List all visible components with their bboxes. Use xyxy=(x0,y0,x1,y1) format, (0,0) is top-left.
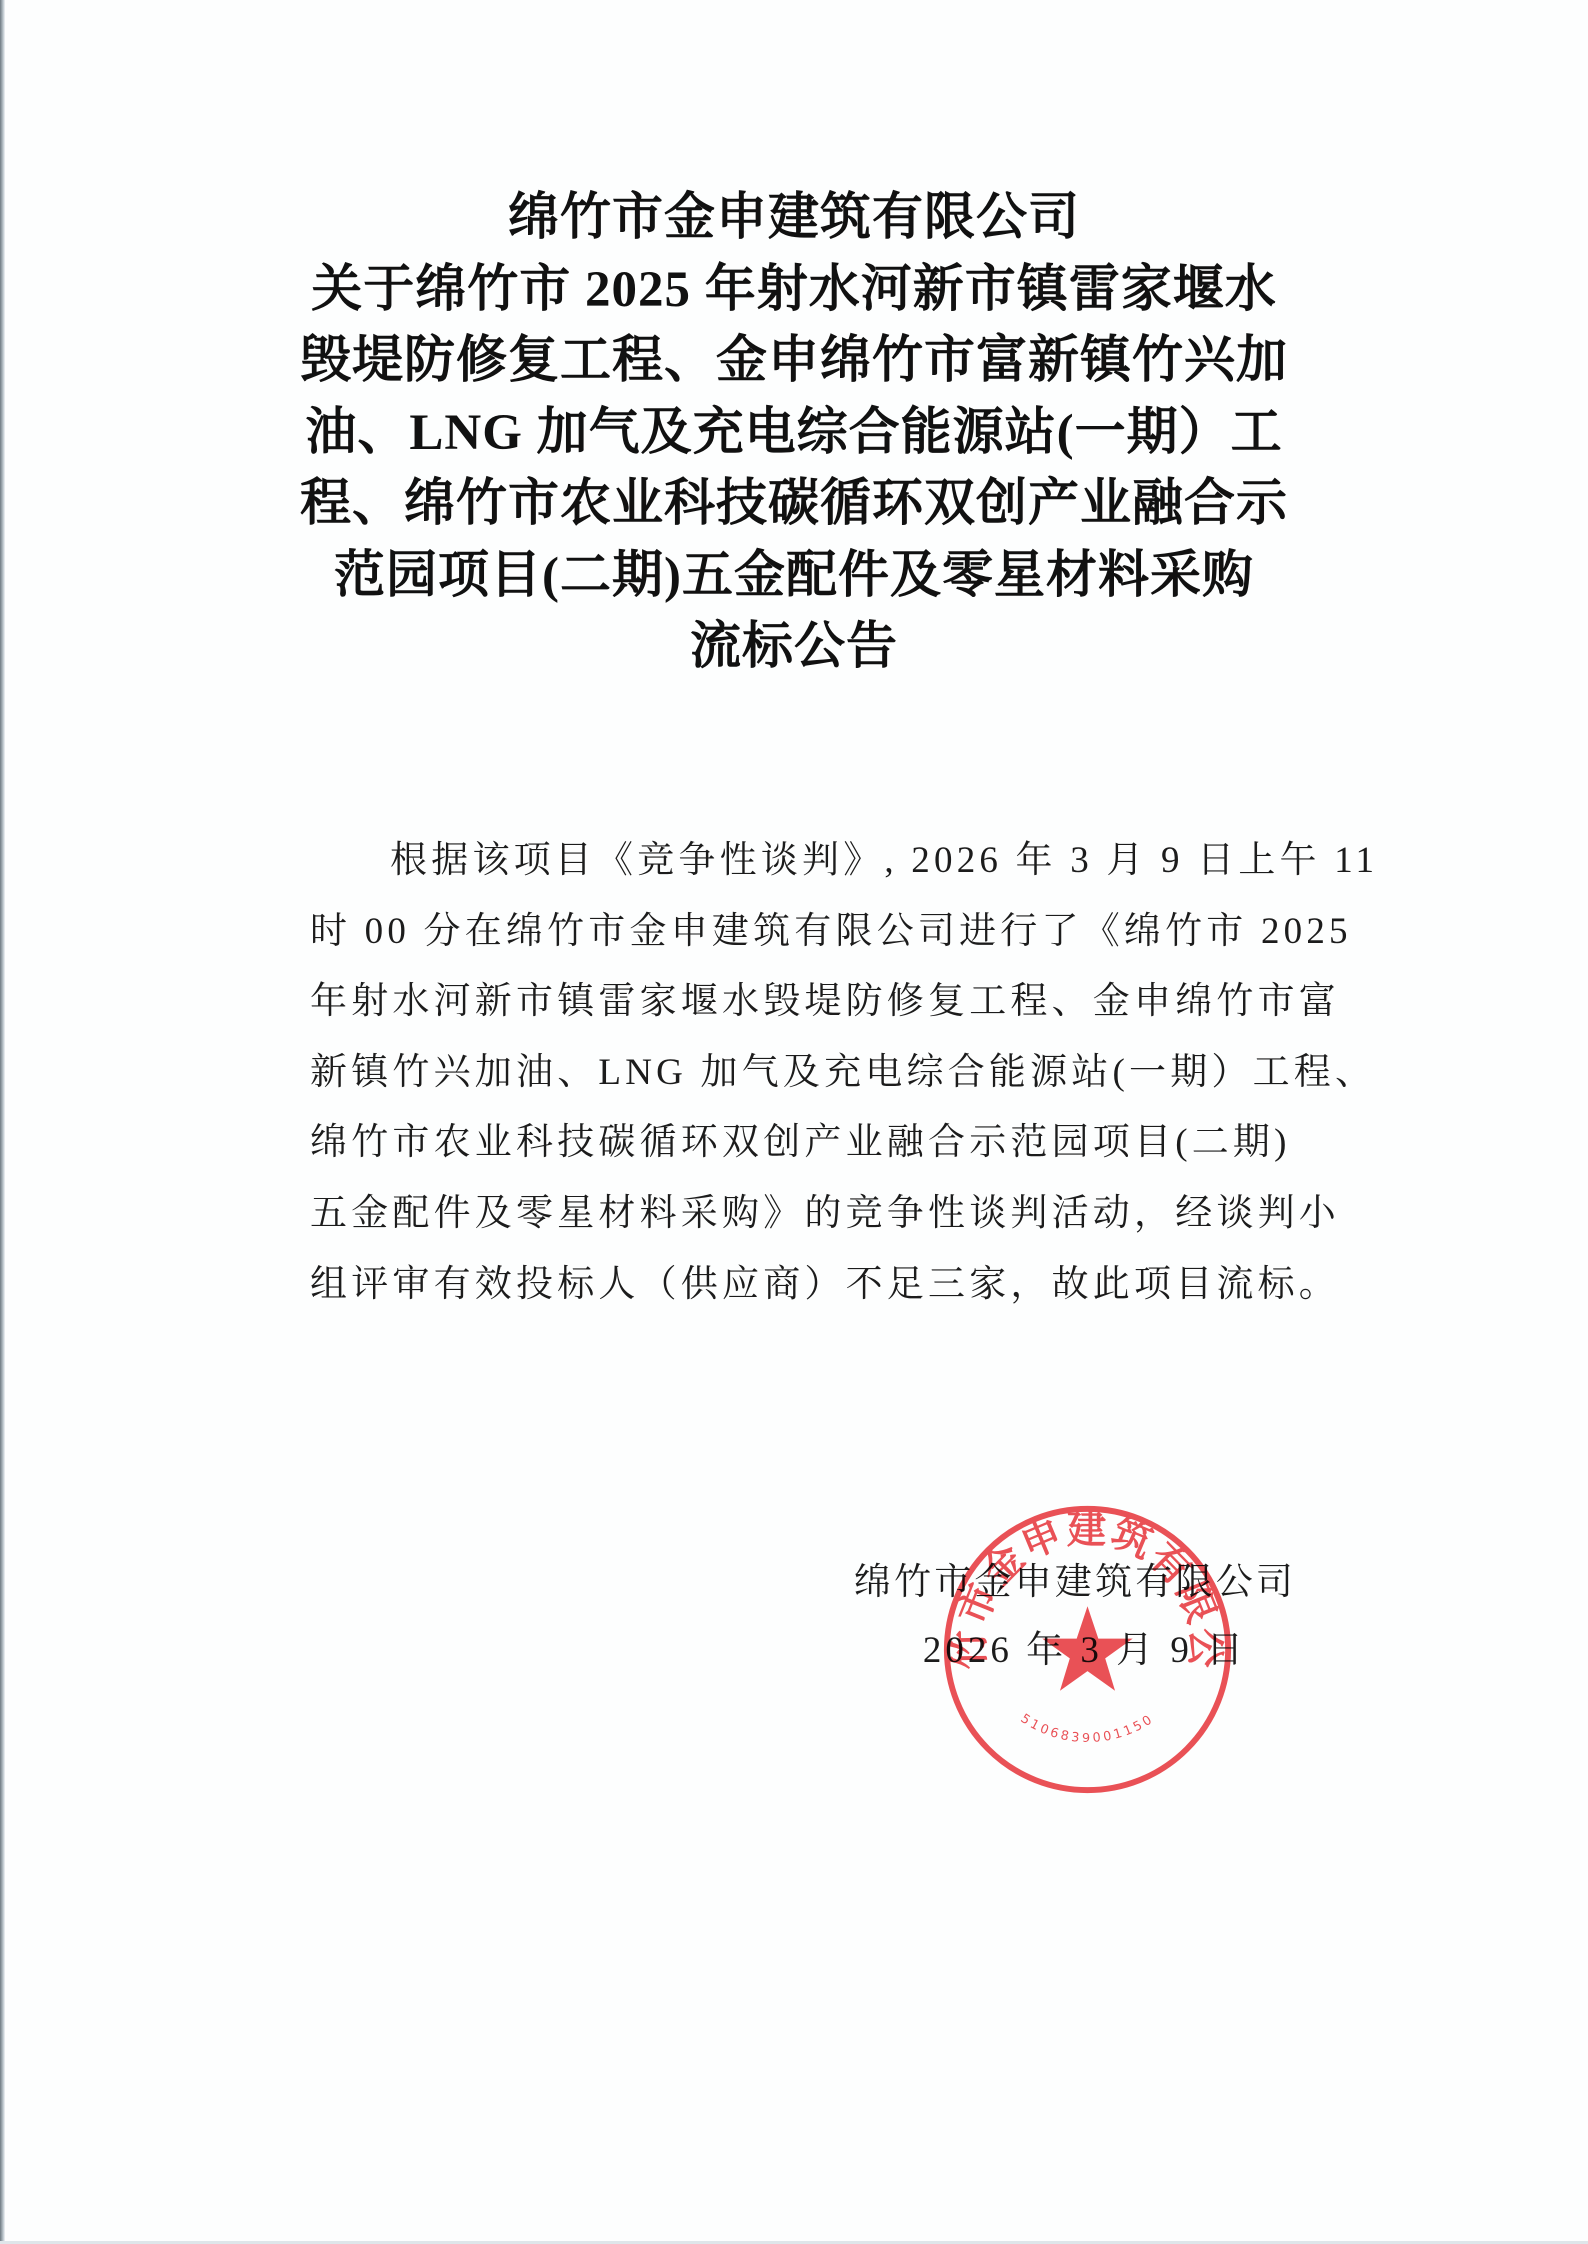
title-line: 流标公告 xyxy=(0,612,1588,684)
document-title: 绵竹市金申建筑有限公司 关于绵竹市 2025 年射水河新市镇雷家堰水 毁堤防修复… xyxy=(0,183,1588,684)
announcement-body: 根据该项目《竞争性谈判》, 2026 年 3 月 9 日上午 11 时 00 分… xyxy=(310,826,1340,1320)
body-line: 根据该项目《竞争性谈判》, 2026 年 3 月 9 日上午 11 xyxy=(310,826,1340,897)
body-line: 五金配件及零星材料采购》的竞争性谈判活动，经谈判小 xyxy=(310,1179,1340,1250)
body-line: 组评审有效投标人（供应商）不足三家，故此项目流标。 xyxy=(310,1250,1340,1321)
title-line: 毁堤防修复工程、金申绵竹市富新镇竹兴加 xyxy=(0,326,1588,398)
title-line: 范园项目(二期)五金配件及零星材料采购 xyxy=(0,541,1588,613)
company-seal: 绵竹市金申建筑有限公司 5106839001150 xyxy=(940,1502,1235,1797)
title-line: 绵竹市金申建筑有限公司 xyxy=(0,183,1588,255)
body-line: 新镇竹兴加油、LNG 加气及充电综合能源站(一期）工程、 xyxy=(310,1038,1340,1109)
title-line: 程、绵竹市农业科技碳循环双创产业融合示 xyxy=(0,469,1588,541)
star-icon xyxy=(1042,1606,1132,1691)
seal-code: 5106839001150 xyxy=(1018,1711,1158,1746)
body-line: 时 00 分在绵竹市金申建筑有限公司进行了《绵竹市 2025 xyxy=(310,897,1340,968)
title-line: 关于绵竹市 2025 年射水河新市镇雷家堰水 xyxy=(0,255,1588,327)
body-line: 年射水河新市镇雷家堰水毁堤防修复工程、金申绵竹市富 xyxy=(310,967,1340,1038)
body-line: 绵竹市农业科技碳循环双创产业融合示范园项目(二期) xyxy=(310,1108,1340,1179)
svg-text:5106839001150: 5106839001150 xyxy=(1018,1711,1158,1746)
title-line: 油、LNG 加气及充电综合能源站(一期）工 xyxy=(0,398,1588,470)
